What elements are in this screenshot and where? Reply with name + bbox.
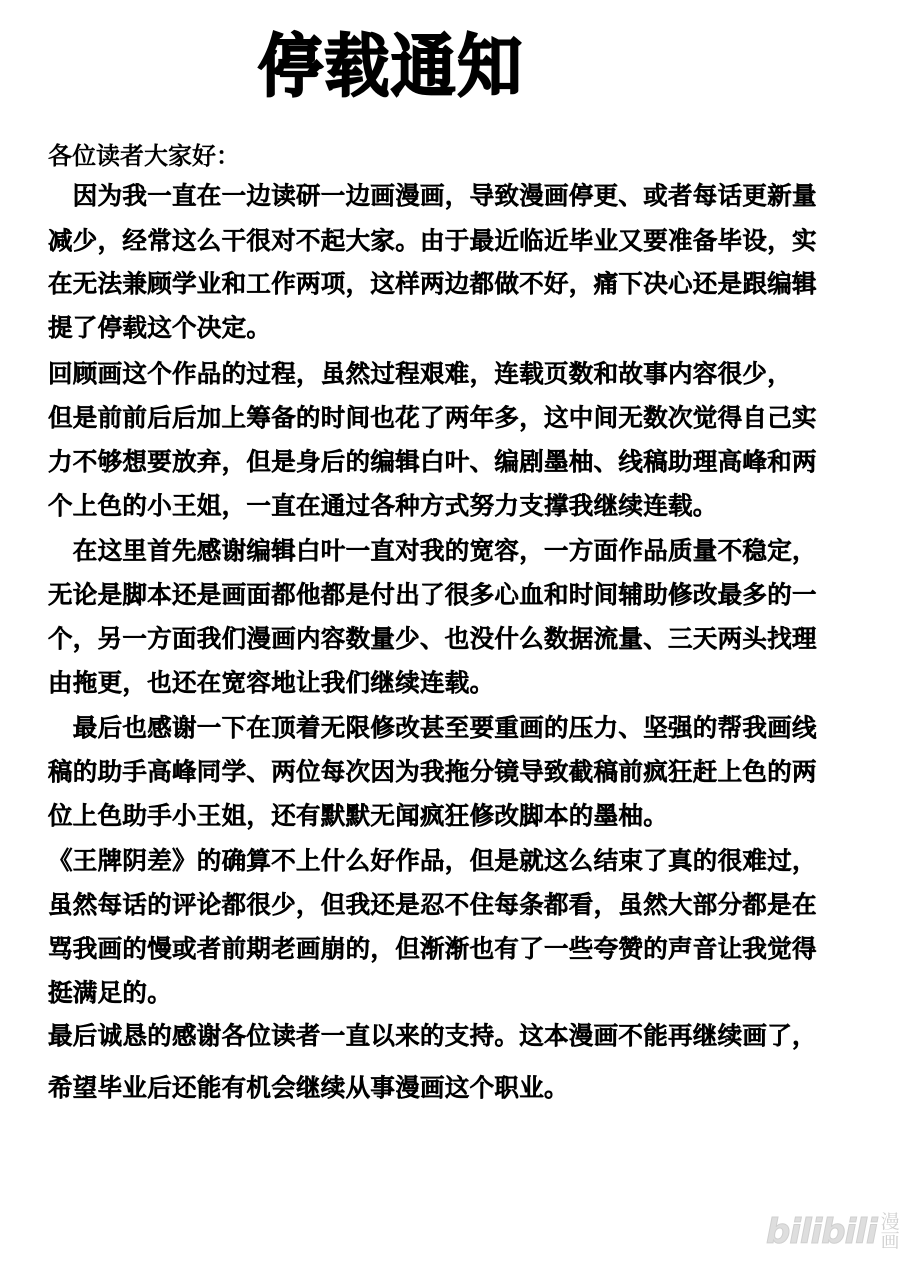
text-line: 最后诚恳的感谢各位读者一直以来的支持。这本漫画不能再继续画了， [48, 1018, 817, 1054]
text-line: 挺满足的。 [48, 975, 172, 1011]
text-line: 个上色的小王姐，一直在通过各种方式努力支撑我继续连载。 [48, 488, 718, 524]
manga-label: 漫 画 [881, 1213, 900, 1251]
text-line: 稿的助手高峰同学、两位每次因为我拖分镜导致截稿前疯狂赶上色的两 [48, 754, 817, 790]
text-line: 减少，经常这么干很对不起大家。由于最近临近毕业又要准备毕设，实 [48, 223, 817, 259]
text-line: 虽然每话的评论都很少，但我还是忍不住每条都看，虽然大部分都是在 [48, 887, 817, 923]
text-line: 在这里首先感谢编辑白叶一直对我的宽容，一方面作品质量不稳定， [48, 533, 817, 569]
page-title: 停载通知 [258, 28, 562, 108]
text-line: 因为我一直在一边读研一边画漫画，导致漫画停更、或者每话更新量 [48, 178, 817, 214]
text-line: 由拖更，也还在宽容地让我们继续连载。 [48, 665, 494, 701]
text-line: 但是前前后后加上筹备的时间也花了两年多，这中间无数次觉得自己实 [48, 400, 817, 436]
text-line: 无论是脚本还是画面都他都是付出了很多心血和时间辅助修改最多的一 [48, 577, 817, 613]
greeting: 各位读者大家好： [48, 138, 240, 174]
bilibili-manga-watermark: bilibili 漫 画 [766, 1212, 900, 1252]
text-line: 回顾画这个作品的过程，虽然过程艰难，连载页数和故事内容很少， [48, 356, 792, 392]
text-line: 个，另一方面我们漫画内容数量少、也没什么数据流量、三天两头找理 [48, 621, 817, 657]
text-line: 希望毕业后还能有机会继续从事漫画这个职业。 [48, 1070, 569, 1106]
text-line: 《王牌阴差》的确算不上什么好作品，但是就这么结束了真的很难过， [48, 843, 817, 879]
text-line: 在无法兼顾学业和工作两项，这样两边都做不好，痛下决心还是跟编辑 [48, 266, 817, 302]
bilibili-logo: bilibili [766, 1212, 877, 1252]
text-line: 骂我画的慢或者前期老画崩的，但渐渐也有了一些夸赞的声音让我觉得 [48, 931, 817, 967]
text-line: 力不够想要放弃，但是身后的编辑白叶、编剧墨柚、线稿助理高峰和两 [48, 444, 817, 480]
text-line: 提了停载这个决定。 [48, 310, 271, 346]
text-line: 最后也感谢一下在顶着无限修改甚至要重画的压力、坚强的帮我画线 [48, 710, 817, 746]
text-line: 位上色助手小王姐，还有默默无闻疯狂修改脚本的墨柚。 [48, 798, 668, 834]
